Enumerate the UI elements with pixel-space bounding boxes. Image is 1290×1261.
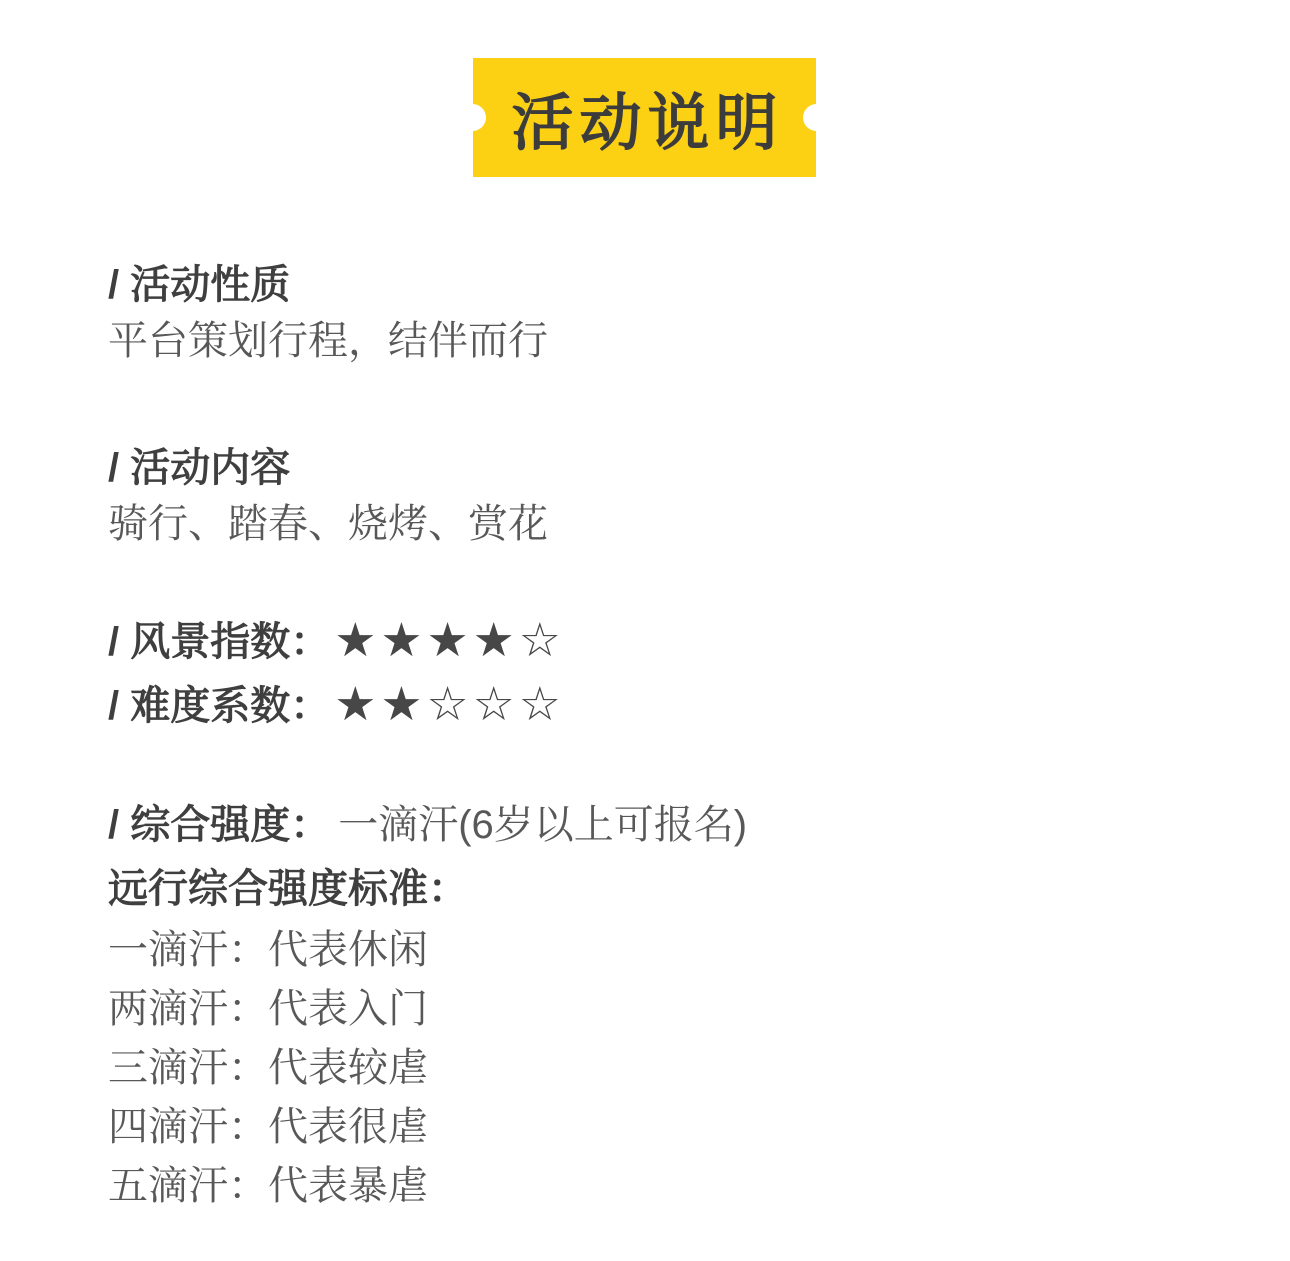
standard-item-5: 五滴汗：代表暴虐 — [108, 1163, 428, 1209]
intensity-label: / 综合强度： — [108, 802, 330, 848]
scenery-rating-stars: ★★★★☆ — [334, 613, 565, 667]
standard-item-2: 两滴汗：代表入门 — [108, 986, 428, 1032]
difficulty-rating-line: / 难度系数： ★★☆☆☆ — [108, 681, 565, 731]
banner-notch-left — [459, 104, 486, 131]
page-title: 活动说明 — [511, 73, 783, 162]
section-body-activity-nature: 平台策划行程，结伴而行 — [108, 318, 548, 364]
section-heading-activity-content: / 活动内容 — [108, 445, 290, 491]
standard-item-3: 三滴汗：代表较虐 — [108, 1045, 428, 1091]
scenery-rating-line: / 风景指数： ★★★★☆ — [108, 617, 565, 667]
activity-description-page: 活动说明 / 活动性质 平台策划行程，结伴而行 / 活动内容 骑行、踏春、烧烤、… — [0, 0, 1290, 1261]
intensity-value: 一滴汗(6岁以上可报名) — [338, 802, 747, 848]
intensity-line: / 综合强度： 一滴汗(6岁以上可报名) — [108, 802, 747, 848]
section-body-activity-content: 骑行、踏春、烧烤、赏花 — [108, 501, 548, 547]
section-heading-activity-nature: / 活动性质 — [108, 262, 290, 308]
banner-notch-right — [803, 104, 830, 131]
difficulty-rating-label: / 难度系数： — [108, 683, 330, 729]
standard-item-1: 一滴汗：代表休闲 — [108, 927, 428, 973]
standards-heading: 远行综合强度标准： — [108, 866, 468, 912]
difficulty-rating-stars: ★★☆☆☆ — [334, 677, 565, 731]
banner: 活动说明 — [473, 58, 816, 177]
scenery-rating-label: / 风景指数： — [108, 619, 330, 665]
standard-item-4: 四滴汗：代表很虐 — [108, 1104, 428, 1150]
